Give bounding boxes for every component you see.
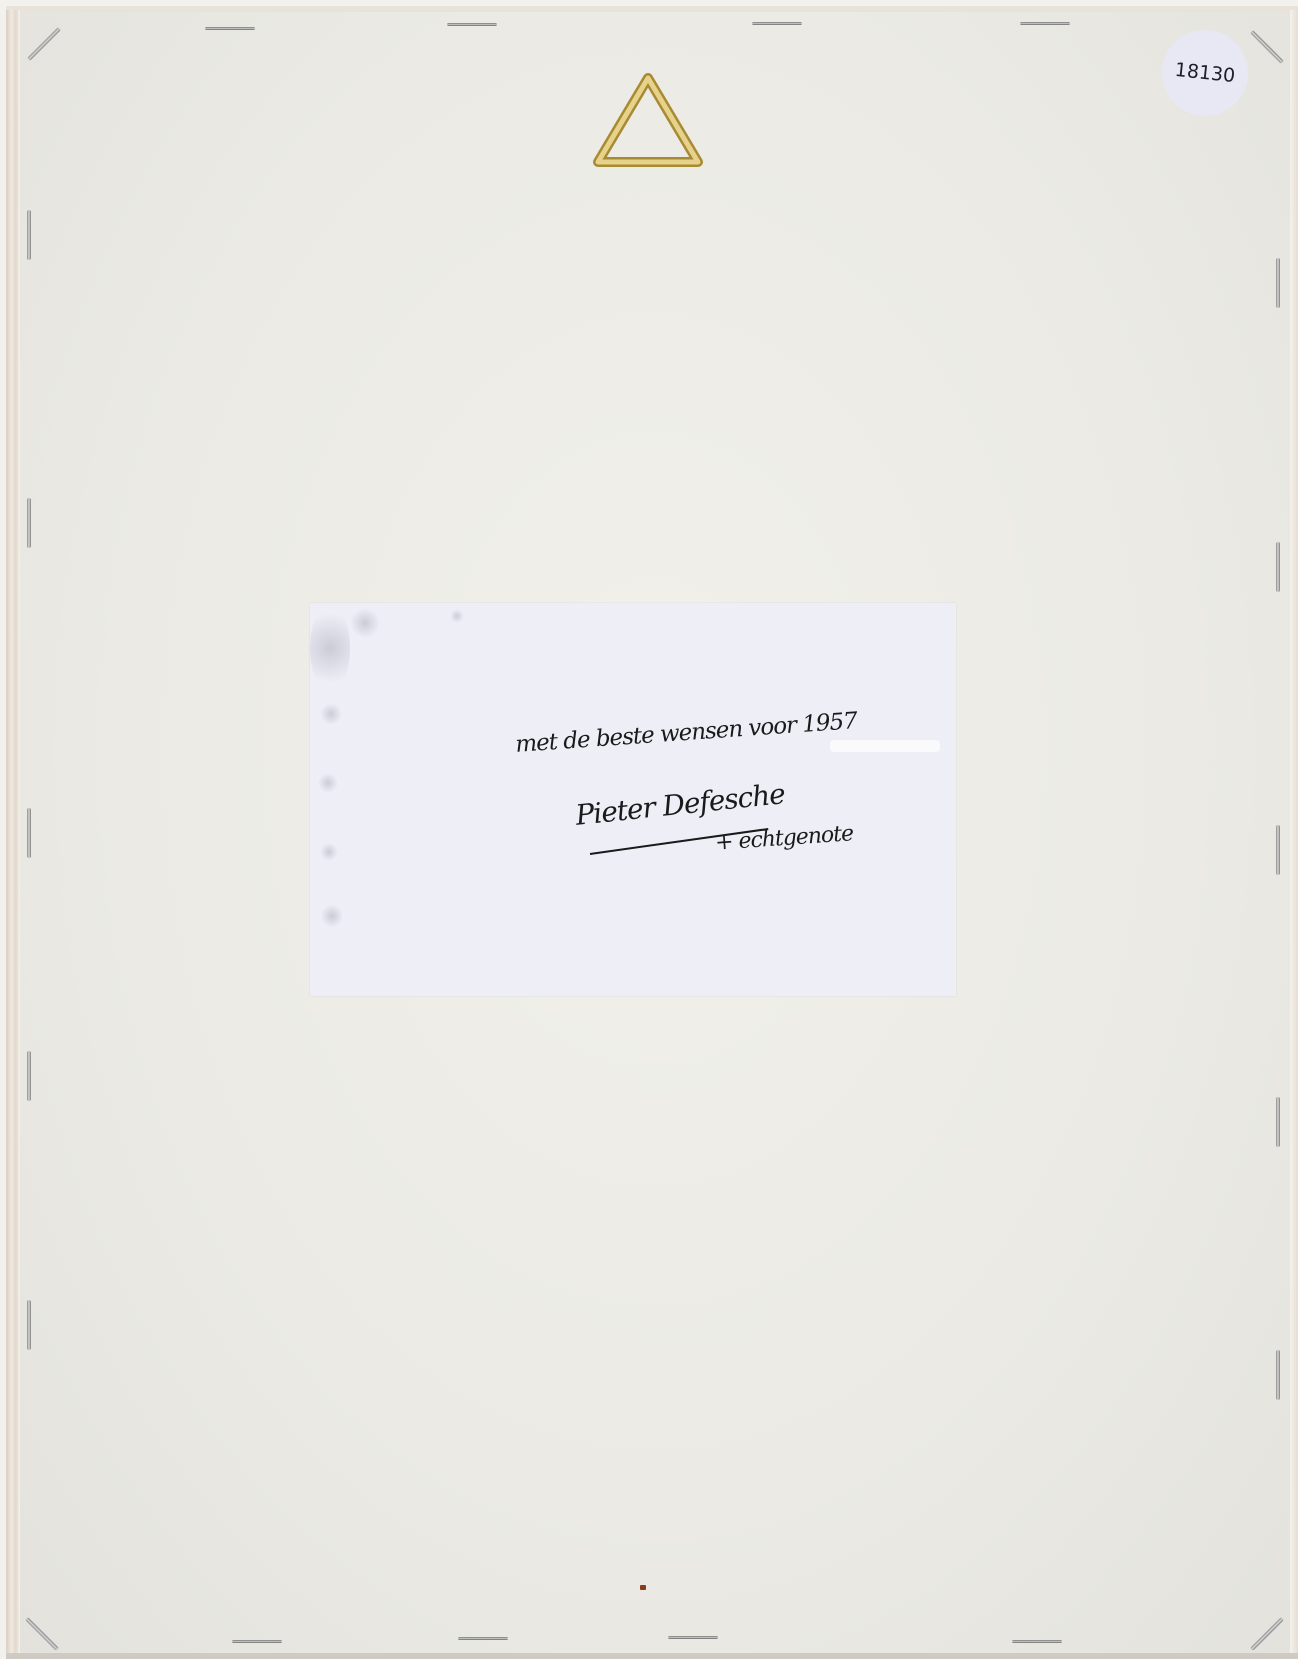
- staple-icon: [447, 23, 497, 26]
- signature-addendum: + echtgenote: [714, 821, 854, 856]
- staple-icon: [1276, 1350, 1280, 1400]
- signature: Pieter Defesche: [574, 777, 786, 832]
- greeting-text: met de beste wensen voor 1957: [515, 708, 858, 758]
- frame-back: 18130 met de beste wensen voor 1957 Piet…: [0, 0, 1298, 1659]
- staple-icon: [668, 1636, 718, 1639]
- staple-icon: [1020, 22, 1070, 25]
- frame-edge-bottom: [6, 1653, 1298, 1659]
- triangle-hanger-icon: [588, 70, 708, 180]
- staple-icon: [232, 1640, 282, 1643]
- staple-icon: [752, 22, 802, 25]
- staple-icon: [205, 27, 255, 30]
- staple-icon: [27, 498, 31, 548]
- staple-icon: [1276, 825, 1280, 875]
- frame-edge-left: [6, 10, 20, 1655]
- greeting-card: met de beste wensen voor 1957 Pieter Def…: [310, 603, 956, 996]
- staple-icon: [458, 1637, 508, 1640]
- staple-icon: [27, 808, 31, 858]
- tape-residue: [830, 740, 940, 752]
- staple-icon: [1012, 1640, 1062, 1643]
- rust-spot: [640, 1585, 646, 1590]
- staple-icon: [27, 1300, 31, 1350]
- staple-icon: [1276, 542, 1280, 592]
- frame-edge-right: [1290, 10, 1298, 1655]
- staple-icon: [1276, 1097, 1280, 1147]
- staple-icon: [1276, 258, 1280, 308]
- sticker-number: 18130: [1174, 59, 1236, 87]
- staple-icon: [27, 1051, 31, 1101]
- staple-icon: [27, 210, 31, 260]
